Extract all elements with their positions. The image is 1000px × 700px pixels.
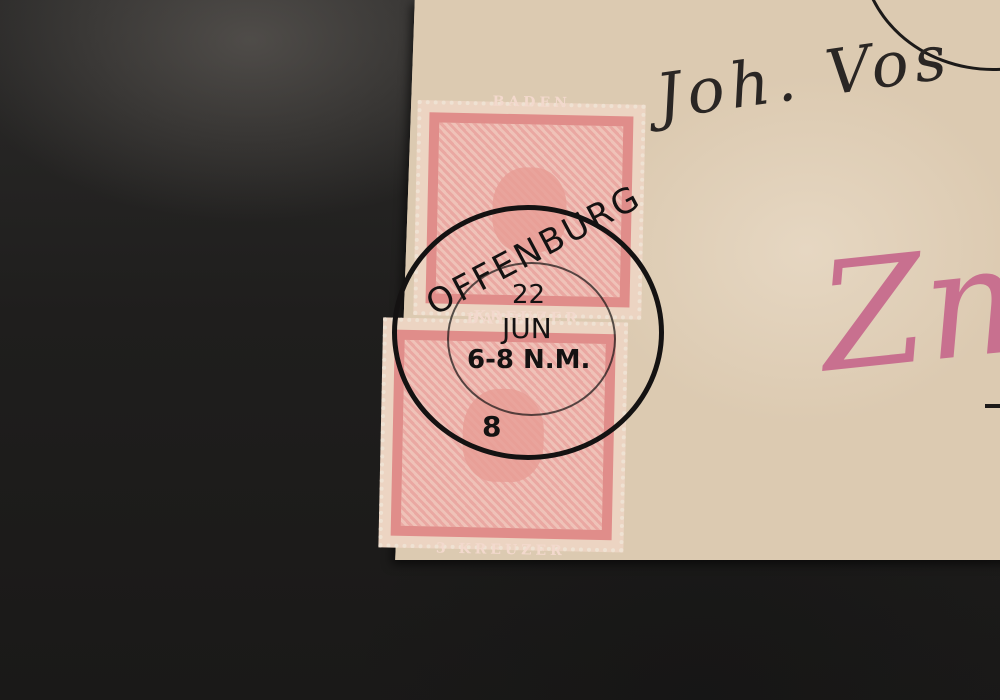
stamp-country-label: BADEN [422,92,642,113]
offenburg-postmark: OFFENBURG 22 JUN 6-8 N.M. 8 [392,205,664,460]
postmark-day: 22 [512,280,545,310]
postmark-time: 6-8 N.M. [467,345,590,375]
postmark-month: JUN [502,312,552,345]
handwritten-red-annotation: Zm [812,208,1000,407]
postmark-bottom-number: 8 [482,410,501,443]
ink-dash [985,404,1000,408]
